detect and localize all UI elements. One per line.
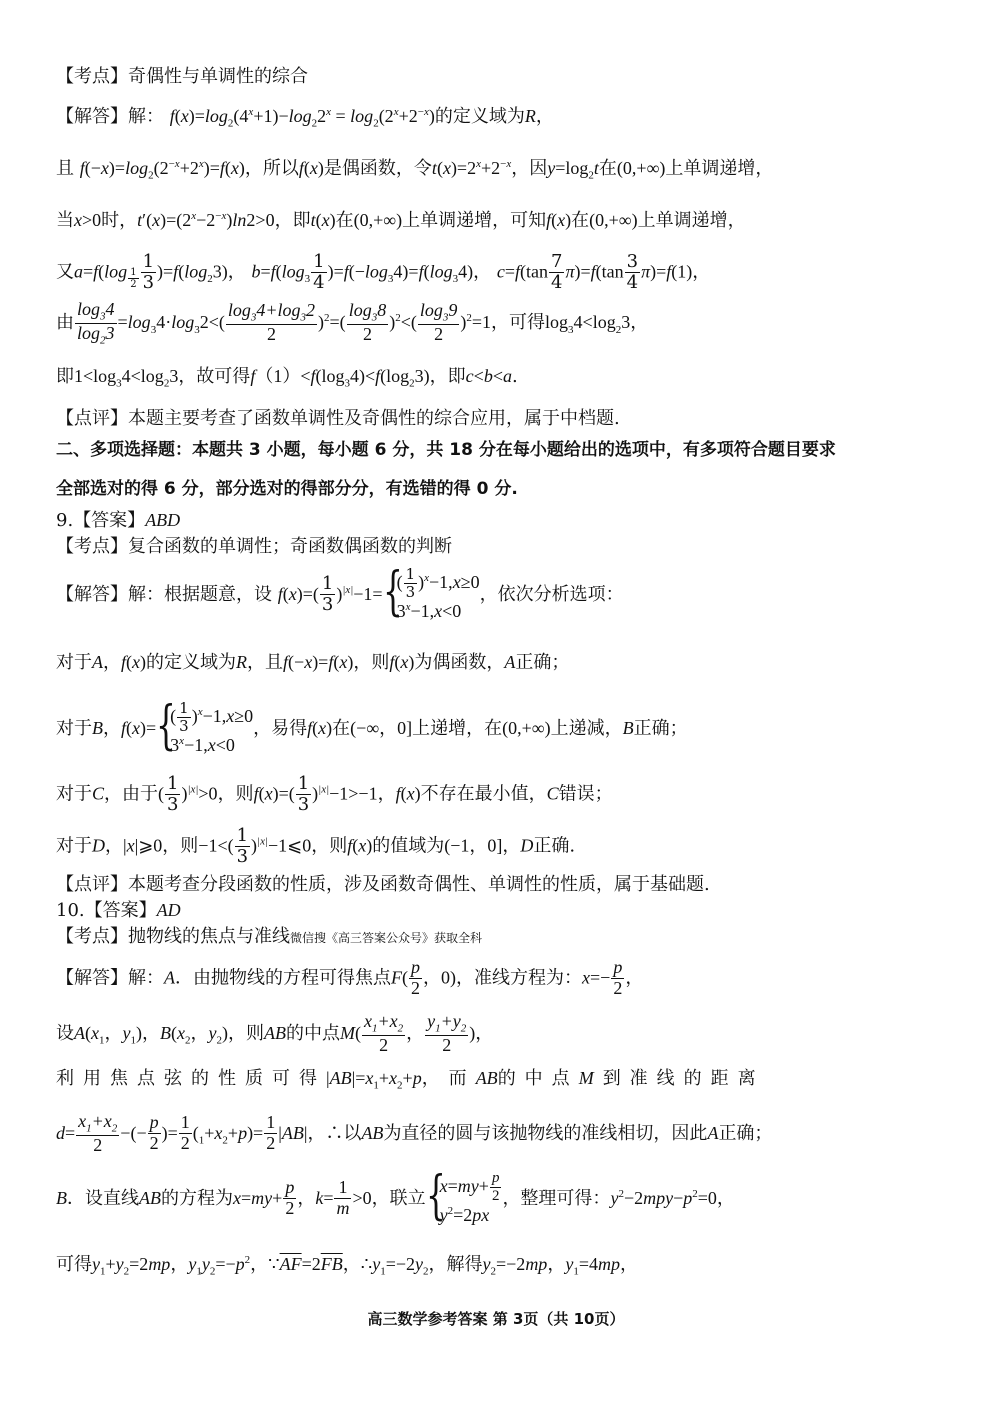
q9-answer: 9.【答案】ABD (56, 510, 180, 532)
q8-kaodian: 【考点】奇偶性与单调性的综合 (56, 66, 308, 88)
q10-answer: 10.【答案】AD (56, 900, 181, 922)
q9-option-c: 对于C，由于(13)|x|>0，则f(x)=(13)|x|−1>−1，f(x)不… (56, 774, 613, 815)
q9-option-b: 对于B，f(x)={(13)x−1,x≥03x−1,x<0，易得f(x)在(−∞… (56, 700, 688, 758)
q9-dianping: 【点评】本题考查分段函数的性质，涉及函数奇偶性、单调性的性质，属于基础题. (56, 874, 710, 896)
q8-line5: 由log34log23=log34·log32<(log34+log322)2=… (56, 300, 648, 346)
page-footer: 高三数学参考答案 第 3页（共 10页） (0, 1308, 992, 1329)
q10-distance: d=x1+x22−(−p2)=12(1+x2+p)=12|AB|，∴以AB为直径… (56, 1112, 772, 1155)
q10-option-b: B．设直线AB的方程为x=my+p2，k=1m>0，联立{x=my+p2y2=2… (56, 1170, 735, 1228)
q8-line3: 当x>0时，t′(x)=(2x−2−x)ln2>0，即t(x)在(0,+∞)上单… (56, 210, 746, 232)
q10-kaodian: 【考点】抛物线的焦点与准线微信搜《高三答案公众号》获取全科 (56, 926, 482, 948)
q8-line4: 又a=f(log1213)=f(log23)， b=f(log314)=f(−l… (56, 252, 710, 293)
section2-heading-line1: 二、多项选择题：本题共 3 小题，每小题 6 分，共 18 分在每小题给出的选项… (56, 440, 836, 460)
q10-midpoint: 设A(x1，y1)，B(x2，y2)，则AB的中点M(x1+x22，y1+y22… (56, 1012, 493, 1055)
q9-kaodian: 【考点】复合函数的单调性；奇函数偶函数的判断 (56, 536, 452, 558)
q8-line6: 即1<log34<log23，故可得f（1）<f(log34)<f(log23)… (56, 366, 518, 391)
q9-option-a: 对于A，f(x)的定义域为R，且f(−x)=f(x)，则f(x)为偶函数，A正确… (56, 652, 569, 674)
q8-line2: 且 f(−x)=log2(2−x+2x)=f(x)，所以f(x)是偶函数，令t(… (56, 158, 773, 183)
q8-dianping: 【点评】本题主要考查了函数单调性及奇偶性的综合应用，属于中档题. (56, 408, 620, 430)
q10-solve: 可得y1+y2=2mp，y1y2=−p2，∵AF=2FB，∴y1=−2y2，解得… (56, 1254, 638, 1279)
q10-focal-chord: 利用焦点弦的性质可得|AB|=x1+x2+p，而AB的中点M到准线的距离 (56, 1068, 765, 1093)
q8-jieda-line1: 【解答】解： f(x)=log2(4x+1)−log22x = log2(2x+… (56, 106, 554, 131)
q10-jieda-a: 【解答】解：A．由抛物线的方程可得焦点F(p2，0)，准线方程为：x=−p2， (56, 958, 643, 999)
q9-jieda: 【解答】解：根据题意，设 f(x)=(13)|x|−1={(13)x−1,x≥0… (56, 566, 624, 624)
q9-option-d: 对于D，|x|⩾0，则−1<(13)|x|−1⩽0，则f(x)的值域为(−1，0… (56, 826, 575, 867)
section2-heading-line2: 全部选对的得 6 分，部分选对的得部分分，有选错的得 0 分. (56, 479, 518, 499)
watermark-text: 微信搜《高三答案公众号》获取全科 (290, 931, 482, 945)
